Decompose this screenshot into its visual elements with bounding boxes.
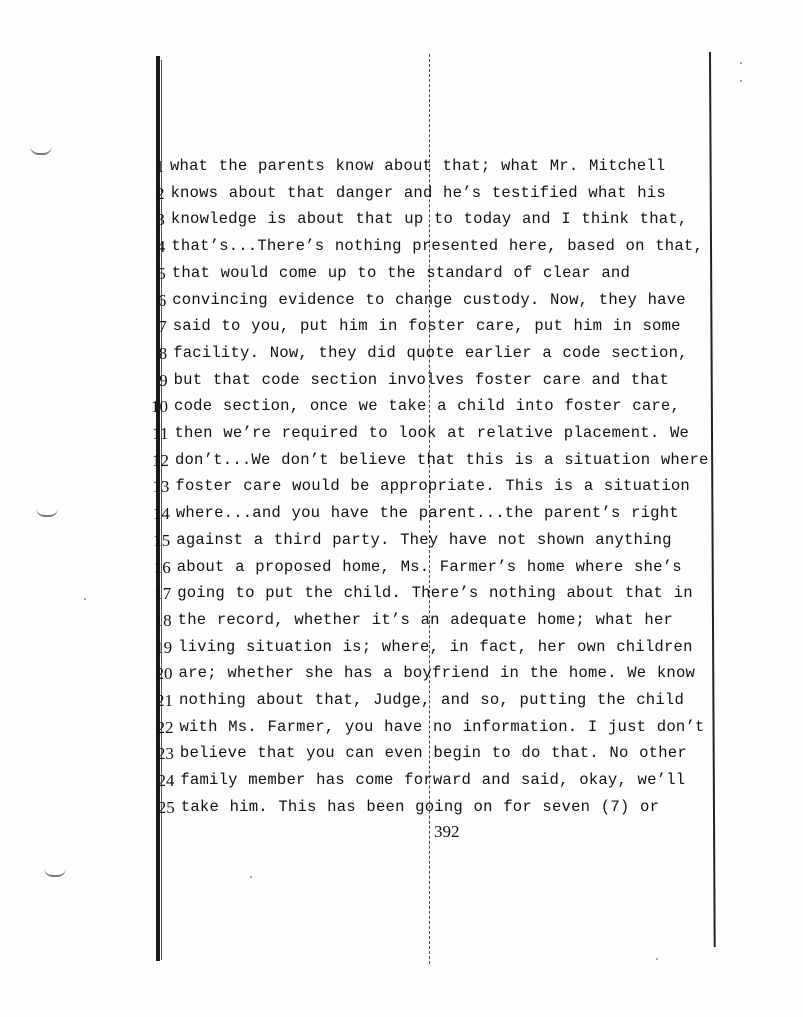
transcript-line: 23believe that you can even begin to do … bbox=[150, 744, 740, 770]
line-text: going to put the child. There’s nothing … bbox=[177, 584, 693, 602]
line-text: about a proposed home, Ms. Farmer’s home… bbox=[177, 558, 682, 576]
line-text: knows about that danger and he’s testifi… bbox=[170, 184, 665, 202]
line-number: 9 bbox=[144, 371, 168, 391]
line-number: 7 bbox=[143, 317, 167, 337]
line-text: family member has come forward and said,… bbox=[180, 771, 685, 789]
line-number: 8 bbox=[143, 344, 167, 364]
line-text: but that code section involves foster ca… bbox=[174, 371, 669, 389]
line-text: against a third party. They have not sho… bbox=[176, 531, 671, 549]
transcript-line: 1what the parents know about that; what … bbox=[140, 157, 730, 183]
line-text: that’s...There’s nothing presented here,… bbox=[171, 237, 703, 255]
line-number: 1 bbox=[140, 157, 164, 177]
line-number: 14 bbox=[146, 504, 170, 524]
transcript-page: 1what the parents know about that; what … bbox=[0, 0, 803, 1017]
transcript-line: 20are; whether she has a boyfriend in th… bbox=[149, 664, 739, 690]
line-text: are; whether she has a boyfriend in the … bbox=[179, 664, 696, 682]
transcript-line: 15against a third party. They have not s… bbox=[146, 531, 736, 557]
line-text: the record, whether it’s an adequate hom… bbox=[178, 611, 673, 629]
transcript-line: 8facility. Now, they did quote earlier a… bbox=[143, 344, 733, 370]
line-number: 11 bbox=[145, 424, 169, 444]
line-text: don’t...We don’t believe that this is a … bbox=[175, 451, 709, 469]
transcript-line: 3knowledge is about that up to today and… bbox=[141, 210, 731, 236]
line-text: said to you, put him in foster care, put… bbox=[173, 317, 681, 335]
line-number: 12 bbox=[145, 451, 169, 471]
line-text: foster care would be appropriate. This i… bbox=[175, 477, 690, 495]
transcript-line: 5that would come up to the standard of c… bbox=[142, 264, 732, 290]
line-text: take him. This has been going on for sev… bbox=[181, 798, 659, 816]
transcript-line: 10code section, once we take a child int… bbox=[144, 397, 734, 423]
scan-speck bbox=[740, 62, 742, 64]
transcript-line: 16about a proposed home, Ms. Farmer’s ho… bbox=[147, 558, 737, 584]
line-number: 18 bbox=[148, 611, 172, 631]
line-number: 13 bbox=[145, 477, 169, 497]
line-text: with Ms. Farmer, you have no information… bbox=[179, 718, 704, 736]
line-text: nothing about that, Judge, and so, putti… bbox=[179, 691, 684, 709]
line-number: 10 bbox=[144, 397, 168, 417]
line-text: believe that you can even begin to do th… bbox=[180, 744, 687, 762]
transcript-line: 19living situation is; where, in fact, h… bbox=[148, 638, 738, 664]
line-number: 6 bbox=[142, 291, 166, 311]
line-number: 16 bbox=[147, 558, 171, 578]
line-number: 24 bbox=[150, 771, 174, 791]
transcript-line: 25take him. This has been going on for s… bbox=[151, 798, 741, 824]
line-number: 22 bbox=[149, 718, 173, 738]
line-number: 2 bbox=[140, 184, 164, 204]
scan-speck bbox=[656, 958, 658, 960]
transcript-line: 14where...and you have the parent...the … bbox=[146, 504, 736, 530]
page-number: 392 bbox=[434, 822, 460, 842]
scan-speck bbox=[250, 876, 252, 878]
line-number: 20 bbox=[149, 664, 173, 684]
transcript-line: 24family member has come forward and sai… bbox=[150, 771, 740, 797]
line-number: 23 bbox=[150, 744, 174, 764]
transcript-line: 2knows about that danger and he’s testif… bbox=[140, 184, 730, 210]
line-text: convincing evidence to change custody. N… bbox=[172, 291, 686, 309]
line-text: living situation is; where, in fact, her… bbox=[178, 638, 693, 656]
transcript-line: 12don’t...We don’t believe that this is … bbox=[145, 451, 735, 477]
scan-speck bbox=[740, 80, 742, 82]
line-text: knowledge is about that up to today and … bbox=[171, 210, 688, 228]
transcript-line: 7said to you, put him in foster care, pu… bbox=[143, 317, 733, 343]
line-number: 17 bbox=[147, 584, 171, 604]
line-text: facility. Now, they did quote earlier a … bbox=[173, 344, 688, 362]
line-number: 25 bbox=[151, 798, 175, 818]
line-text: that would come up to the standard of cl… bbox=[172, 264, 630, 282]
transcript-line: 21nothing about that, Judge, and so, put… bbox=[149, 691, 739, 717]
punch-hole-mark bbox=[30, 146, 52, 155]
line-text: code section, once we take a child into … bbox=[174, 397, 680, 415]
punch-hole-mark bbox=[36, 508, 58, 517]
transcript-line: 6convincing evidence to change custody. … bbox=[142, 291, 732, 317]
punch-hole-mark bbox=[44, 868, 66, 877]
transcript-line: 11then we’re required to look at relativ… bbox=[145, 424, 735, 450]
line-number: 3 bbox=[141, 210, 165, 230]
transcript-line: 4that’s...There’s nothing presented here… bbox=[141, 237, 731, 263]
transcript-line: 13foster care would be appropriate. This… bbox=[145, 477, 735, 503]
line-number: 21 bbox=[149, 691, 173, 711]
transcript-line: 9but that code section involves foster c… bbox=[144, 371, 734, 397]
line-number: 4 bbox=[141, 237, 165, 257]
line-text: what the parents know about that; what M… bbox=[170, 157, 665, 175]
transcript-line: 22with Ms. Farmer, you have no informati… bbox=[149, 718, 739, 744]
scan-speck bbox=[84, 598, 86, 600]
line-text: then we’re required to look at relative … bbox=[175, 424, 690, 442]
line-number: 5 bbox=[142, 264, 166, 284]
line-number: 19 bbox=[148, 638, 172, 658]
transcript-line: 17going to put the child. There’s nothin… bbox=[147, 584, 737, 610]
transcript-line: 18the record, whether it’s an adequate h… bbox=[148, 611, 738, 637]
line-text: where...and you have the parent...the pa… bbox=[176, 504, 679, 522]
line-number: 15 bbox=[146, 531, 170, 551]
